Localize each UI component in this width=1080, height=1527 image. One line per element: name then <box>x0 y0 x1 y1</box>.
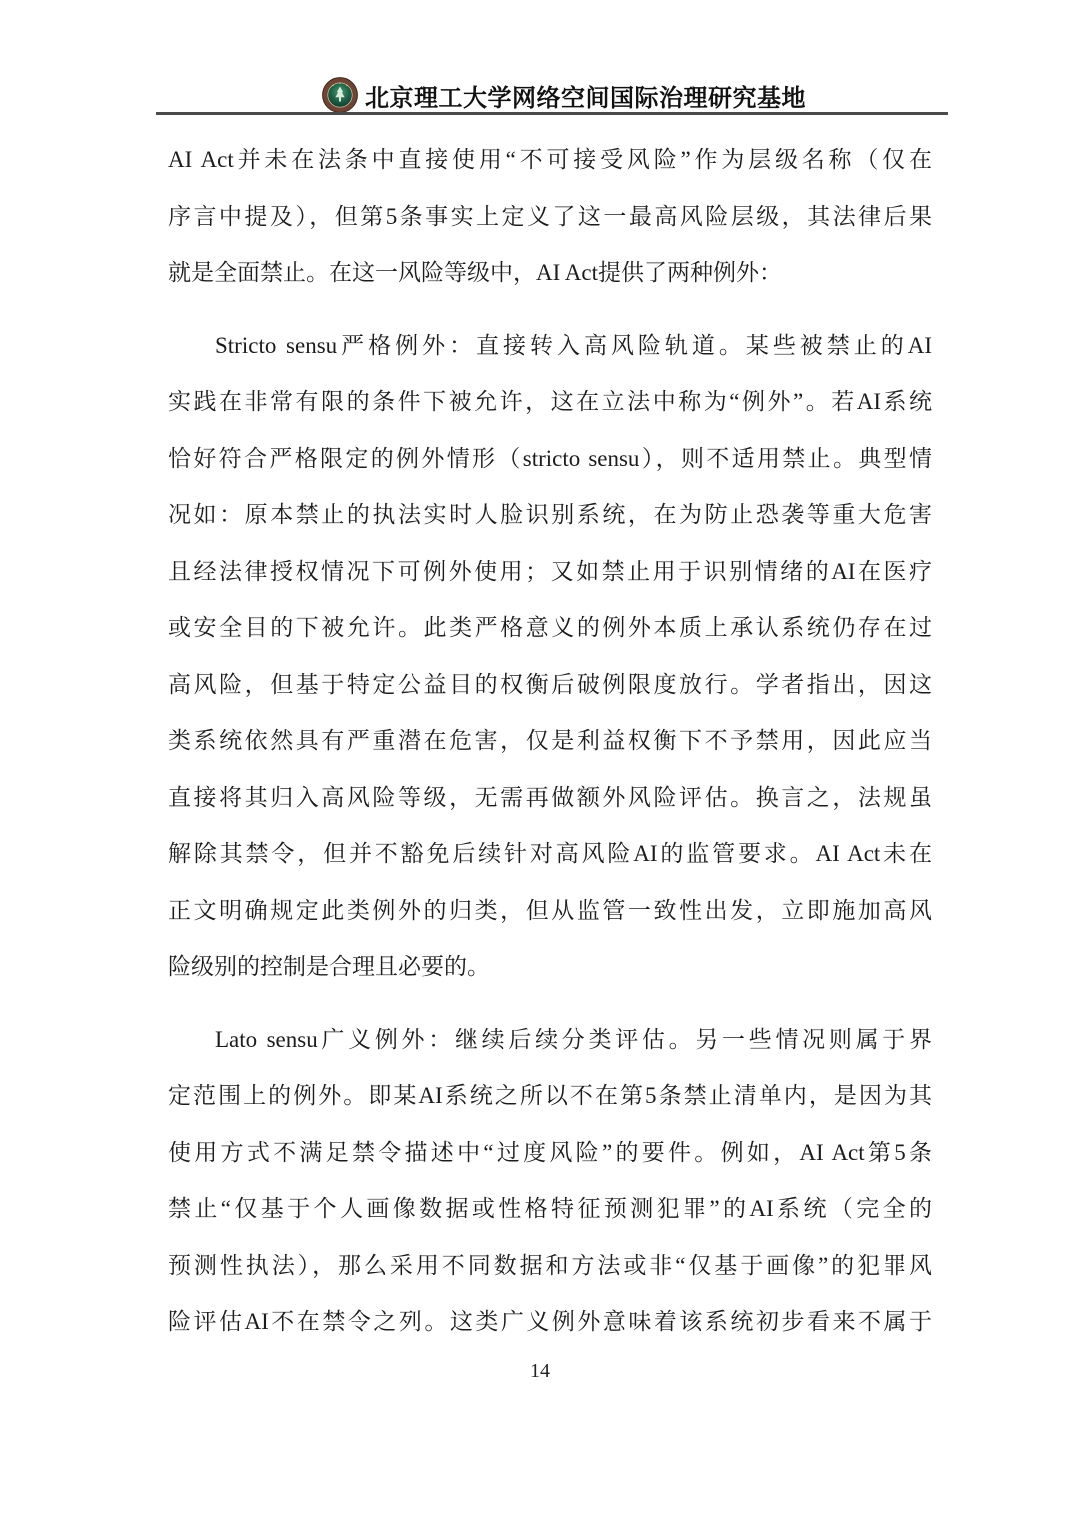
text-line: Lato sensu广义例外：继续后续分类评估。另一些情况则属于界 <box>168 1012 932 1069</box>
text-line: Stricto sensu严格例外：直接转入高风险轨道。某些被禁止的AI <box>168 318 932 375</box>
text-line: 况如：原本禁止的执法实时人脸识别系统，在为防止恐袭等重大危害 <box>168 487 932 544</box>
text-line: 高风险，但基于特定公益目的权衡后破例限度放行。学者指出，因这 <box>168 657 932 714</box>
text-line: 类系统依然具有严重潜在危害，仅是利益权衡下不予禁用，因此应当 <box>168 713 932 770</box>
text-line: 解除其禁令，但并不豁免后续针对高风险AI的监管要求。AI Act未在 <box>168 826 932 883</box>
paragraph: Stricto sensu严格例外：直接转入高风险轨道。某些被禁止的AI实践在非… <box>168 318 932 996</box>
paragraph: AI Act并未在法条中直接使用“不可接受风险”作为层级名称（仅在序言中提及），… <box>168 132 932 302</box>
text-line: 正文明确规定此类例外的归类，但从监管一致性出发，立即施加高风 <box>168 883 932 940</box>
text-line: 或安全目的下被允许。此类严格意义的例外本质上承认系统仍存在过 <box>168 600 932 657</box>
text-line: 险评估AI不在禁令之列。这类广义例外意味着该系统初步看来不属于 <box>168 1294 932 1351</box>
header-org-name: 北京理工大学网络空间国际治理研究基地 <box>365 78 806 113</box>
text-line: 就是全面禁止。在这一风险等级中，AI Act提供了两种例外： <box>168 245 932 302</box>
text-line: 恰好符合严格限定的例外情形（stricto sensu），则不适用禁止。典型情 <box>168 431 932 488</box>
text-line: 直接将其归入高风险等级，无需再做额外风险评估。换言之，法规虽 <box>168 770 932 827</box>
header-divider <box>156 112 948 115</box>
document-page: 北京理工大学网络空间国际治理研究基地 AI Act并未在法条中直接使用“不可接受… <box>0 0 1080 1527</box>
document-body: AI Act并未在法条中直接使用“不可接受风险”作为层级名称（仅在序言中提及），… <box>168 132 932 1351</box>
text-line: 使用方式不满足禁令描述中“过度风险”的要件。例如，AI Act第5条 <box>168 1125 932 1182</box>
document-header: 北京理工大学网络空间国际治理研究基地 <box>24 74 1080 116</box>
text-line: 禁止“仅基于个人画像数据或性格特征预测犯罪”的AI系统（完全的 <box>168 1181 932 1238</box>
bit-logo-icon <box>322 77 358 113</box>
paragraph: Lato sensu广义例外：继续后续分类评估。另一些情况则属于界定范围上的例外… <box>168 1012 932 1351</box>
text-line: 序言中提及），但第5条事实上定义了这一最高风险层级，其法律后果 <box>168 189 932 246</box>
page-number: 14 <box>0 1358 1080 1384</box>
text-line: 定范围上的例外。即某AI系统之所以不在第5条禁止清单内，是因为其 <box>168 1068 932 1125</box>
text-line: 且经法律授权情况下可例外使用；又如禁止用于识别情绪的AI在医疗 <box>168 544 932 601</box>
text-line: 险级别的控制是合理且必要的。 <box>168 939 932 996</box>
text-line: 实践在非常有限的条件下被允许，这在立法中称为“例外”。若AI系统 <box>168 374 932 431</box>
text-line: AI Act并未在法条中直接使用“不可接受风险”作为层级名称（仅在 <box>168 132 932 189</box>
text-line: 预测性执法），那么采用不同数据和方法或非“仅基于画像”的犯罪风 <box>168 1238 932 1295</box>
